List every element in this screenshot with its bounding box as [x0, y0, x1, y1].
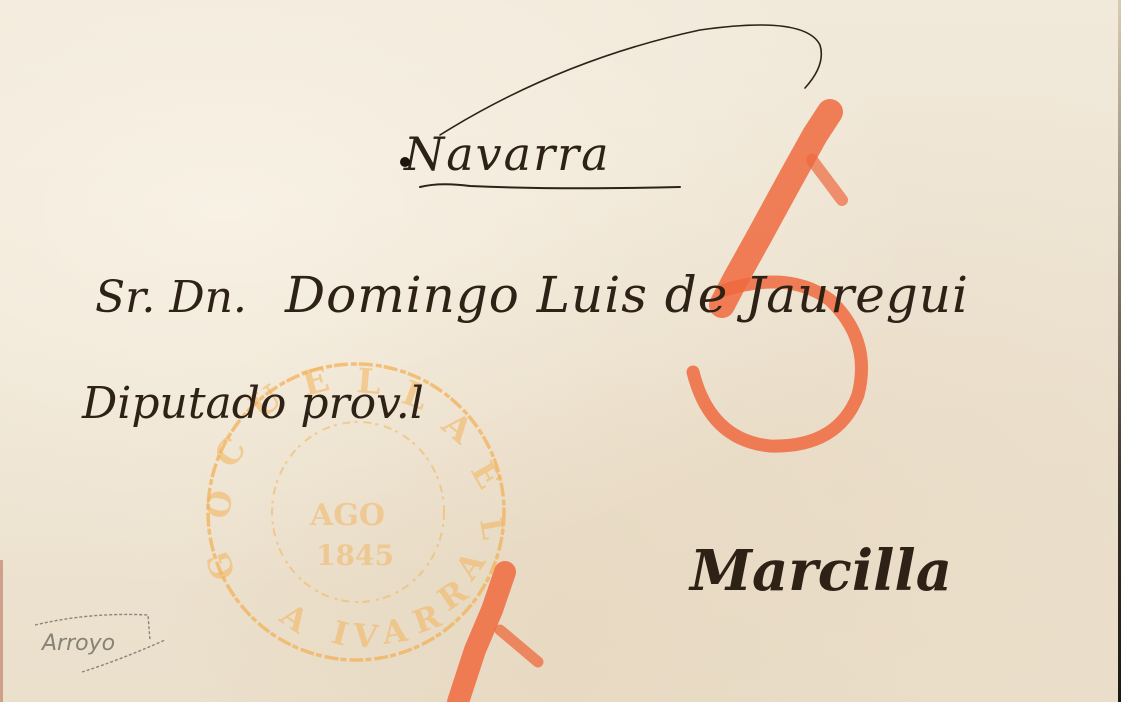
- letter-cover: C U E L L A E L O G A I V A R R A AGO 18…: [0, 0, 1121, 702]
- pencil-note-text: Arroyo: [40, 631, 115, 656]
- pencil-note: Arroyo: [0, 0, 1121, 702]
